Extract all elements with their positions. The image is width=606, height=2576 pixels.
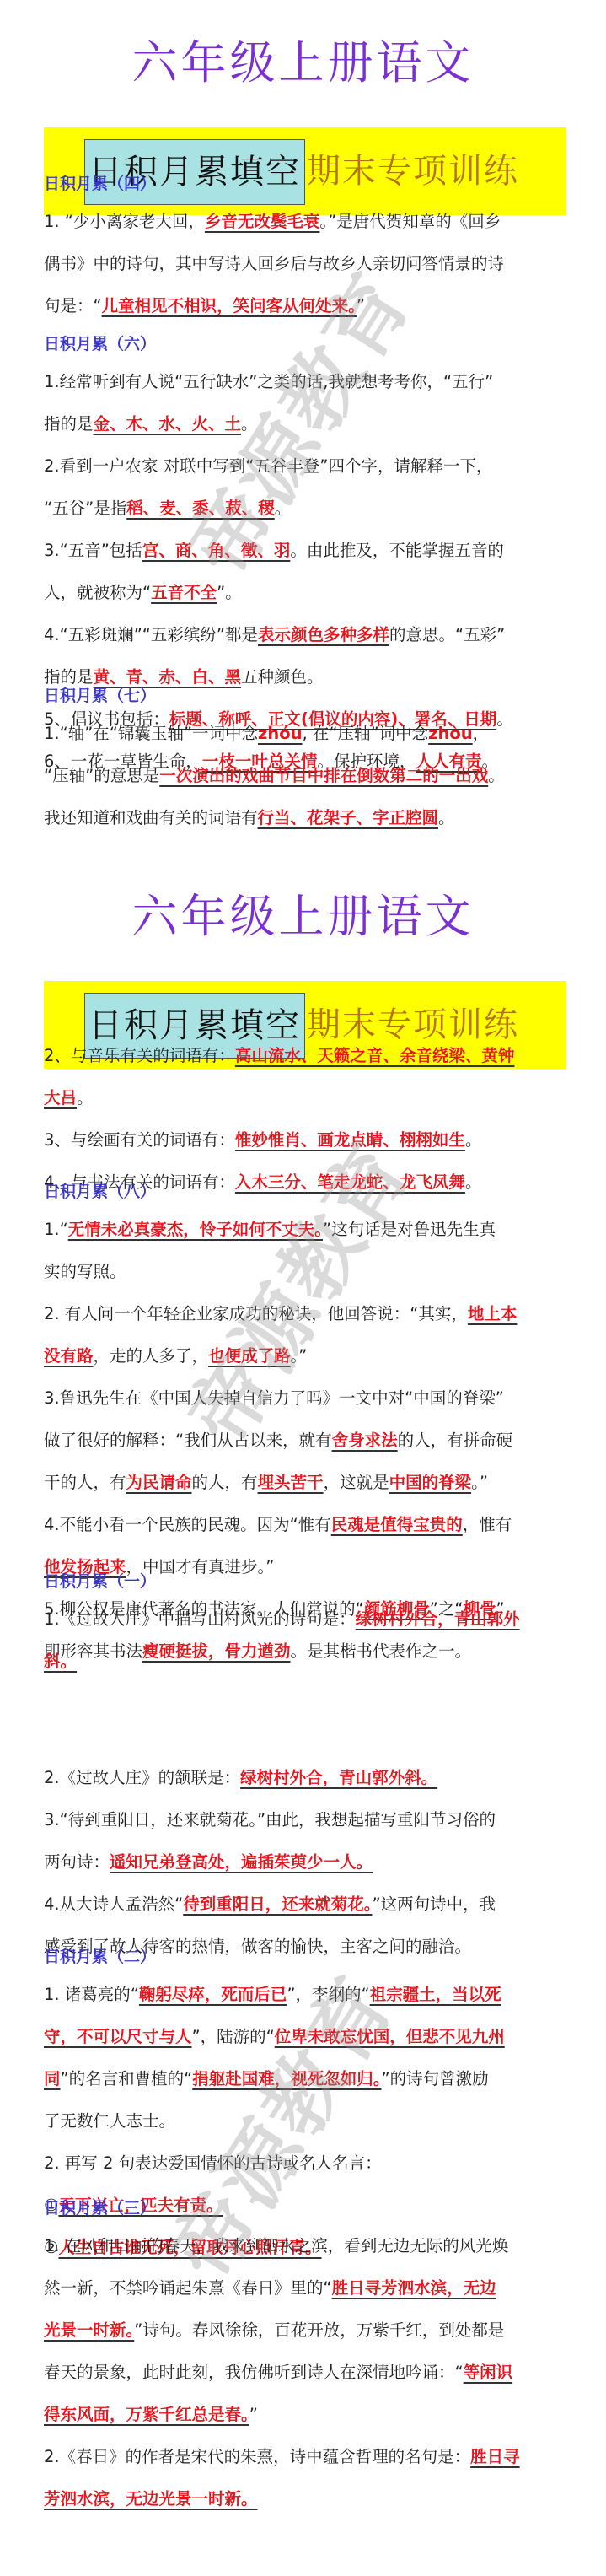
- answer-text: 稻、麦、黍、菽、稷: [126, 498, 275, 518]
- answer-text: 同: [44, 2069, 61, 2088]
- section-heading: 日积月累（一）: [44, 1565, 566, 1598]
- plain-text: ，惟有: [463, 1515, 512, 1534]
- text-line: 2. 有人问一个年轻企业家成功的秘诀，他回答说：“其实，地上本: [44, 1293, 566, 1335]
- text-line: 光景一时新。”诗句。春风徐徐，百花开放，万紫千红，到处都是: [44, 2309, 566, 2352]
- answer-text: 中国的脊梁: [389, 1473, 472, 1492]
- answer-text: 没有路: [44, 1346, 94, 1366]
- section-7: 日积月累（七）1.“轴”在“锦囊玉轴”一词中念zhóu, 在“压轴”词中念zhò…: [44, 679, 566, 839]
- answer-text: 为民请命: [126, 1473, 192, 1492]
- text-line: 句是：“儿童相见不相识，笑问客从何处来。”: [44, 285, 566, 327]
- text-line: 了无数仁人志士。: [44, 2100, 566, 2142]
- text-line: 1.“轴”在“锦囊玉轴”一词中念zhóu, 在“压轴”词中念zhòu，: [44, 713, 566, 755]
- plain-text: 做了很好的解释：“我们从古以来，就有: [44, 1431, 332, 1450]
- answer-text: 无情未必真豪杰，怜子如何不丈夫。: [68, 1220, 323, 1239]
- text-line: 得东风面，万紫千红总是春。”: [44, 2394, 566, 2436]
- page-title-2: 六年级上册语文: [0, 887, 606, 946]
- plain-text: ”的名言和曹植的“: [61, 2069, 193, 2088]
- answer-text: 惟妙惟肖、画龙点睛、栩栩如生: [235, 1130, 465, 1150]
- answer-text: 行当、花架子、字正腔圆: [258, 808, 439, 827]
- plain-text: 1.《过故人庄》中描写山村风光的诗句是：: [44, 1609, 356, 1629]
- text-line: 斜。: [44, 1641, 566, 1683]
- text-line: 1. “少小离家老大回，乡音无改鬓毛衰。”是唐代贺知章的《回乡: [44, 201, 566, 243]
- answer-text: 民魂是值得宝贵的: [331, 1515, 463, 1534]
- answer-text: 胜日寻: [470, 2447, 520, 2466]
- text-line: 同”的名言和曹植的“捐躯赴国难，视死忽如归。”的诗句曾激励: [44, 2058, 566, 2100]
- plain-text: ，走的人多了，: [94, 1346, 209, 1366]
- answer-text: 芳泗水滨，无边光景一时新。: [44, 2489, 258, 2509]
- answer-text: 绿树村外合，青山郭外: [356, 1609, 520, 1629]
- answer-text: 等闲识: [464, 2363, 513, 2382]
- plain-text: 。: [77, 1088, 94, 1107]
- plain-text: 2.看到一户农家 对联中写到“五谷丰登”四个字，请解释一下，: [44, 456, 493, 476]
- answer-text: 儿童相见不相识，笑问客从何处来。: [102, 296, 357, 315]
- answer-text: 捐躯赴国难，视死忽如归。: [192, 2069, 381, 2088]
- text-line: 1. 诸葛亮的“鞠躬尽瘁，死而后已”，李纲的“祖宗疆土，当以死: [44, 1974, 566, 2016]
- text-line: 1. 在风和日丽的春天，我来到泗水之滨，看到无边无际的风光焕: [44, 2225, 566, 2267]
- answer-text: 宫、商、角、徵、羽: [142, 541, 291, 560]
- section-heading: 日积月累（六）: [44, 327, 566, 361]
- plain-text: 的人，有: [192, 1473, 258, 1492]
- answer-text: 地上本: [468, 1304, 518, 1323]
- plain-text: 3.“待到重阳日，还来就菊花。”由此，我想起描写重阳节习俗的: [44, 1810, 496, 1830]
- text-line: 守，不可以尺寸与人”，陆游的“位卑未敢忘忧国，但悲不见九州: [44, 2016, 566, 2058]
- plain-text: 4.“五彩斑斓”“五彩缤纷”都是: [44, 625, 258, 644]
- answer-text: zhóu: [258, 724, 303, 743]
- plain-text: 两句诗：: [44, 1852, 110, 1872]
- text-line: 大吕。: [44, 1077, 566, 1119]
- plain-text: 。: [275, 498, 292, 518]
- answer-text: 埋头苦干: [258, 1473, 324, 1492]
- answer-text: zhòu: [428, 724, 473, 743]
- answer-text: 表示颜色多种多样: [258, 625, 389, 644]
- text-line: 2.看到一户农家 对联中写到“五谷丰登”四个字，请解释一下，: [44, 445, 566, 488]
- plain-text: 3.“五音”包括: [44, 541, 142, 560]
- plain-text: 。”: [291, 1346, 308, 1366]
- answer-text: 也便成了路: [208, 1346, 291, 1366]
- text-line: 4.不能小看一个民族的民魂。因为“惟有民魂是值得宝贵的，惟有: [44, 1504, 566, 1546]
- plain-text: 。由此推及，不能掌握五音的: [290, 541, 504, 560]
- plain-text: “压轴”的意思是: [44, 766, 159, 785]
- answer-text: 遥知兄弟登高处，遍插茱萸少一人。: [110, 1852, 373, 1872]
- text-line: 没有路，走的人多了，也便成了路。”: [44, 1335, 566, 1377]
- plain-text: 。”: [471, 1473, 488, 1492]
- page-title: 六年级上册语文: [0, 34, 606, 93]
- section-1: 日积月累（一）1.《过故人庄》中描写山村风光的诗句是：绿树村外合，青山郭外斜。: [44, 1565, 566, 1683]
- text-line: 偶书》中的诗句，其中写诗人回乡后与故乡人亲切问答情景的诗: [44, 243, 566, 285]
- text-line: 4.“五彩斑斓”“五彩缤纷”都是表示颜色多种多样的意思。“五彩”: [44, 614, 566, 656]
- answer-text: 高山流水、天籁之音、余音绕梁、黄钟: [235, 1046, 515, 1065]
- text-line: 3.“五音”包括宫、商、角、徵、羽。由此推及，不能掌握五音的: [44, 530, 566, 572]
- plain-text: 2.《过故人庄》的颔联是：: [44, 1768, 240, 1787]
- plain-text: 1.经常听到有人说“五行缺水”之类的话,我就想考考你，“五行”: [44, 372, 493, 391]
- text-line: 2.《过故人庄》的颔联是：绿树村外合，青山郭外斜。: [44, 1757, 566, 1799]
- answer-text: 大吕: [44, 1088, 77, 1107]
- plain-text: 3、与绘画有关的词语有：: [44, 1130, 235, 1150]
- plain-text: “五谷”是指: [44, 498, 126, 518]
- plain-text: 了无数仁人志士。: [44, 2111, 175, 2131]
- answer-text: 守，不可以尺寸与人: [44, 2027, 192, 2046]
- plain-text: ”。: [217, 583, 242, 602]
- plain-text: 1.“轴”在“锦囊玉轴”一词中念: [44, 724, 258, 743]
- plain-text: 偶书》中的诗句，其中写诗人回乡后与故乡人亲切问答情景的诗: [44, 254, 504, 273]
- text-line: 做了很好的解释：“我们从古以来，就有舍身求法的人，有拼命硬: [44, 1420, 566, 1462]
- plain-text: ”的诗句曾激励: [382, 2069, 489, 2088]
- plain-text: 4.从大诗人孟浩然“: [44, 1894, 183, 1914]
- text-line: “压轴”的意思是一次演出的戏曲节目中排在倒数第二的一出戏。: [44, 755, 566, 797]
- answer-text: 鞠躬尽瘁，死而后已: [139, 1985, 287, 2004]
- text-line: 我还知道和戏曲有关的词语有行当、花架子、字正腔圆。: [44, 797, 566, 839]
- text-line: 2、与音乐有关的词语有：高山流水、天籁之音、余音绕梁、黄钟: [44, 1035, 566, 1077]
- plain-text: 。: [241, 414, 258, 434]
- answer-text: 得东风面，万紫千红总是春。: [44, 2405, 249, 2424]
- plain-text: 。: [488, 766, 505, 785]
- section-heading: 日积月累（八）: [44, 1175, 566, 1209]
- answer-text: 乡音无改鬓毛衰: [205, 212, 320, 231]
- text-line: 3.“待到重阳日，还来就菊花。”由此，我想起描写重阳节习俗的: [44, 1799, 566, 1841]
- plain-text: ”: [357, 296, 365, 315]
- answer-text: 绿树村外合，青山郭外斜。: [240, 1768, 437, 1787]
- answer-text: 斜。: [44, 1652, 77, 1671]
- text-line: 人，就被称为“五音不全”。: [44, 572, 566, 614]
- plain-text: ”，陆游的“: [192, 2027, 275, 2046]
- text-line: 两句诗：遥知兄弟登高处，遍插茱萸少一人。: [44, 1841, 566, 1883]
- text-line: 指的是金、木、水、火、土。: [44, 403, 566, 445]
- plain-text: 1.“: [44, 1220, 68, 1239]
- plain-text: 2、与音乐有关的词语有：: [44, 1046, 235, 1065]
- plain-text: ”诗句。春风徐徐，百花开放，万紫千红，到处都是: [134, 2320, 504, 2340]
- plain-text: 干的人，有: [44, 1473, 126, 1492]
- plain-text: 2.《春日》的作者是宋代的朱熹，诗中蕴含哲理的名句是：: [44, 2447, 470, 2466]
- answer-text: 位卑未敢忘忧国，但悲不见九州: [275, 2027, 505, 2046]
- plain-text: 的人，有拼命硬: [398, 1431, 513, 1450]
- plain-text: 2. 再写 2 句表达爱国情怀的古诗或名人名言：: [44, 2153, 382, 2173]
- text-line: 4.从大诗人孟浩然“待到重阳日，还来就菊花。”这两句诗中，我: [44, 1883, 566, 1926]
- text-line: 然一新，不禁吟诵起朱熹《春日》里的“胜日寻芳泗水滨，无边: [44, 2267, 566, 2309]
- plain-text: , 在“压轴”词中念: [303, 724, 429, 743]
- text-line: 1.经常听到有人说“五行缺水”之类的话,我就想考考你，“五行”: [44, 361, 566, 403]
- plain-text: 。: [465, 1130, 482, 1150]
- plain-text: ，: [473, 724, 490, 743]
- answer-text: 舍身求法: [332, 1431, 398, 1450]
- plain-text: 春天的景象，此时此刻，我仿佛听到诗人在深情地吟诵：“: [44, 2363, 464, 2382]
- answer-text: 光景一时新。: [44, 2320, 134, 2340]
- plain-text: 我还知道和戏曲有关的词语有: [44, 808, 258, 827]
- answer-text: 待到重阳日，还来就菊花。: [183, 1894, 372, 1914]
- text-line: 2.《春日》的作者是宋代的朱熹，诗中蕴含哲理的名句是：胜日寻: [44, 2436, 566, 2478]
- plain-text: 人，就被称为“: [44, 583, 151, 602]
- answer-text: 五音不全: [151, 583, 217, 602]
- plain-text: 的意思。“五彩”: [389, 625, 505, 644]
- plain-text: 然一新，不禁吟诵起朱熹《春日》里的“: [44, 2278, 332, 2298]
- section-heading: 日积月累（七）: [44, 679, 566, 713]
- text-line: 1.“无情未必真豪杰，怜子如何不丈夫。”这句话是对鲁迅先生真: [44, 1209, 566, 1251]
- plain-text: 实的写照。: [44, 1262, 126, 1281]
- text-line: 芳泗水滨，无边光景一时新。: [44, 2478, 566, 2520]
- section-heading: 日积月累（四）: [44, 167, 566, 201]
- text-line: 2. 再写 2 句表达爱国情怀的古诗或名人名言：: [44, 2142, 566, 2185]
- plain-text: 1. 诸葛亮的“: [44, 1985, 139, 2004]
- plain-text: ”这两句诗中，我: [372, 1894, 496, 1914]
- plain-text: 。”是唐代贺知章的《回乡: [319, 212, 501, 231]
- plain-text: ”这句话是对鲁迅先生真: [323, 1220, 496, 1239]
- text-line: 3.鲁迅先生在《中国人失掉自信力了吗》一文中对“中国的脊梁”: [44, 1377, 566, 1420]
- plain-text: ”，李纲的“: [287, 1985, 369, 2004]
- plain-text: 1. “少小离家老大回，: [44, 212, 205, 231]
- section-1-continued: 2.《过故人庄》的颔联是：绿树村外合，青山郭外斜。3.“待到重阳日，还来就菊花。…: [44, 1757, 566, 1968]
- section-4: 日积月累（四）1. “少小离家老大回，乡音无改鬓毛衰。”是唐代贺知章的《回乡偶书…: [44, 167, 566, 327]
- section-heading: 日积月累（三）: [44, 2191, 566, 2225]
- section-3: 日积月累（三）1. 在风和日丽的春天，我来到泗水之滨，看到无边无际的风光焕然一新…: [44, 2191, 566, 2520]
- plain-text: 指的是: [44, 414, 94, 434]
- text-line: 实的写照。: [44, 1251, 566, 1293]
- plain-text: 句是：“: [44, 296, 102, 315]
- plain-text: 2. 有人问一个年轻企业家成功的秘诀，他回答说：“其实，: [44, 1304, 468, 1323]
- text-line: 干的人，有为民请命的人，有埋头苦干，这就是中国的脊梁。”: [44, 1462, 566, 1504]
- answer-text: 一次演出的戏曲节目中排在倒数第二的一出戏: [159, 766, 488, 785]
- plain-text: ，这就是: [324, 1473, 389, 1492]
- plain-text: 4.不能小看一个民族的民魂。因为“惟有: [44, 1515, 331, 1534]
- answer-text: 金、木、水、火、土: [94, 414, 242, 434]
- answer-text: 胜日寻芳泗水滨，无边: [332, 2278, 496, 2298]
- plain-text: ”: [249, 2405, 258, 2424]
- text-line: “五谷”是指稻、麦、黍、菽、稷。: [44, 488, 566, 530]
- text-line: 3、与绘画有关的词语有：惟妙惟肖、画龙点睛、栩栩如生。: [44, 1119, 566, 1161]
- text-line: 春天的景象，此时此刻，我仿佛听到诗人在深情地吟诵：“等闲识: [44, 2352, 566, 2394]
- answer-text: 祖宗疆土，当以死: [370, 1985, 501, 2004]
- plain-text: 。: [438, 808, 455, 827]
- text-line: 1.《过故人庄》中描写山村风光的诗句是：绿树村外合，青山郭外: [44, 1598, 566, 1641]
- plain-text: 3.鲁迅先生在《中国人失掉自信力了吗》一文中对“中国的脊梁”: [44, 1388, 504, 1408]
- plain-text: 1. 在风和日丽的春天，我来到泗水之滨，看到无边无际的风光焕: [44, 2236, 508, 2255]
- section-heading: 日积月累（二）: [44, 1940, 566, 1974]
